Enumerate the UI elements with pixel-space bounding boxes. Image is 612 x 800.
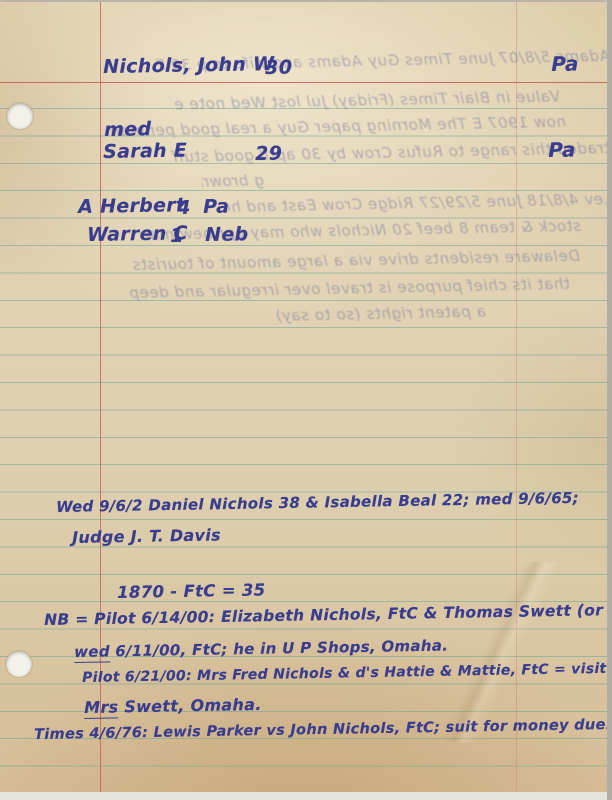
punch-hole-top [7,103,33,129]
census-wife-birthplace: Pa [548,138,576,162]
census-child1-birthplace: Pa [203,196,230,218]
census-child1-age: 4 [177,197,191,219]
underlined-wed-word: wed [74,642,110,663]
census-child2-age: 1 [170,225,184,247]
marriage-note-line2: Judge J. T. Davis [72,525,221,547]
census-child2-birthplace: Neb [205,223,249,246]
scanner-edge-right [607,0,612,800]
census-head-age: 30 [265,57,292,79]
census-wife-age: 29 [255,143,282,165]
note-census-ref: 1870 - FtC = 35 [117,580,266,602]
census-wife-name: Sarah E [103,140,187,163]
note-mrs-line: Mrs Swett, Omaha. [84,695,262,717]
punch-hole-bottom [6,651,32,677]
census-head-birthplace: Pa [551,52,579,76]
underlined-mrs-word: Mrs [84,697,119,719]
scanned-page-background: { "document": { "type": "scanned handwri… [0,0,612,800]
census-child1-name: A Herbert [78,194,185,218]
census-head-name: Nichols, John W [103,53,275,78]
mrs-line-rest: Swett, Omaha. [118,695,262,716]
census-med-label: med [104,118,152,141]
scanner-edge-bottom [0,792,612,800]
bleedthrough-line: g brown [202,171,264,190]
